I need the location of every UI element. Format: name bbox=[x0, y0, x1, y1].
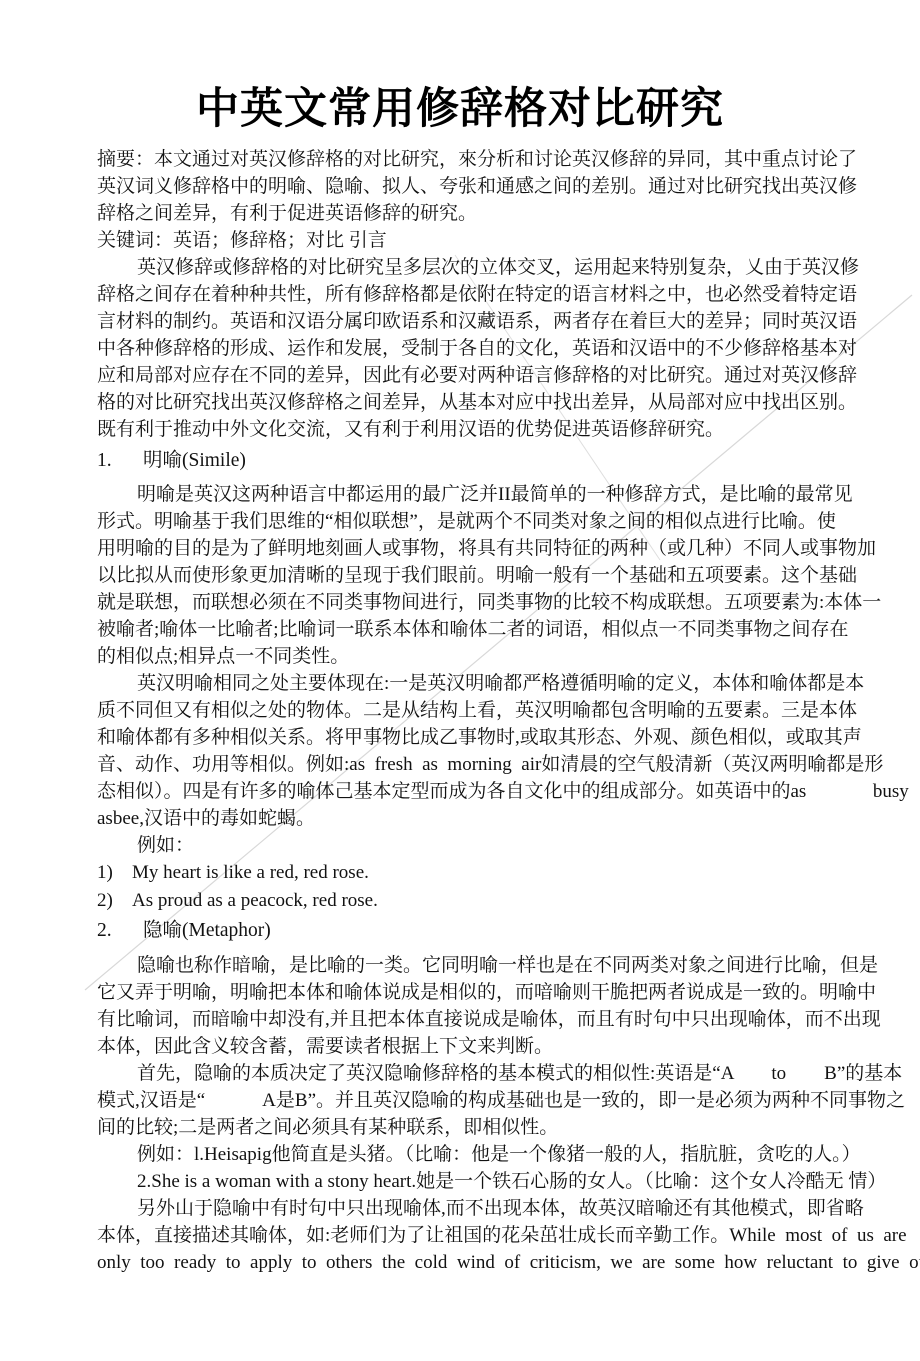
text-line: 间的比较;二是两者之间必须具有某种联系，即相似性。 bbox=[97, 1114, 823, 1141]
text-line: 首先，隐喻的本质决定了英汉隐喻修辞格的基本模式的相似性:英语是“A to B”的… bbox=[97, 1060, 823, 1087]
section-heading: 1.明喻(Simile) bbox=[97, 447, 823, 474]
text-line: 形式。明喻基于我们思维的“相似联想”，是就两个不同类对象之间的相似点进行比喻。使 bbox=[97, 508, 823, 535]
section-heading: 2.隐喻(Metaphor) bbox=[97, 917, 823, 944]
text-line: 它又弄于明喻，明喻把本体和喻体说成是相似的，而喑喻则干脆把两者说成是一致的。明喻… bbox=[97, 979, 823, 1006]
text-line: 明喻是英汉这两种语言中都运用的最广泛并II最简单的一种修辞方式，是比喻的最常见 bbox=[97, 481, 823, 508]
text-line: 例如：l.Heisapig他简直是头猪。（比喻：他是一个像猪一般的人，指肮脏，贪… bbox=[97, 1141, 823, 1168]
text-line: 言材料的制约。英语和汉语分属印欧语系和汉藏语系，两者存在着巨大的差异；同时英汉语 bbox=[97, 308, 823, 335]
text-line: 隐喻也称作暗喻，是比喻的一类。它同明喻一样也是在不同两类对象之间进行比喻，但是 bbox=[97, 952, 823, 979]
text-line: 例如： bbox=[97, 832, 823, 859]
text-line: 2.She is a woman with a stony heart.她是一个… bbox=[97, 1168, 823, 1195]
text-line: 本体，直接描述其喻体，如:老师们为了让祖国的花朵茁壮成长而辛勤工作。While … bbox=[97, 1222, 823, 1249]
section-number: 1. bbox=[97, 447, 143, 474]
text-line: 辞格之间差异，有利于促进英语修辞的研究。 bbox=[97, 200, 823, 227]
text-line: 的相似点;相异点一不同类性。 bbox=[97, 643, 823, 670]
doc-title: 中英文常用修辞格对比研究 bbox=[97, 84, 823, 134]
text-line: 辞格之间存在着种种共性，所有修辞格都是依附在特定的语言材料之中，也必然受着特定语 bbox=[97, 281, 823, 308]
list-item: 2)As proud as a peacock, red rose. bbox=[97, 887, 823, 915]
text-line: asbee,汉语中的毒如蛇蝎。 bbox=[97, 805, 823, 832]
text-line: 格的对比研究找出英汉修辞格之间差异，从基本对应中找出差异，从局部对应中找出区别。 bbox=[97, 389, 823, 416]
text-line: 应和局部对应存在不同的差异，因此有必要对两种语言修辞格的对比研究。通过对英汉修辞 bbox=[97, 362, 823, 389]
text-line: 就是联想，而联想必须在不同类事物间进行，同类事物的比较不构成联想。五项要素为:本… bbox=[97, 589, 823, 616]
section-number: 2. bbox=[97, 917, 143, 944]
text-line: 关键词：英语；修辞格；对比 引言 bbox=[97, 227, 823, 254]
text-line: 英汉词义修辞格中的明喻、隐喻、拟人、夸张和通感之间的差别。通过对比研究找出英汉修 bbox=[97, 173, 823, 200]
section-title: 明喻(Simile) bbox=[143, 450, 246, 471]
text-line: 用明喻的目的是为了鲜明地刻画人或事物，将具有共同特征的两种（或几种）不同人或事物… bbox=[97, 535, 823, 562]
text-line: 被喻者;喻体一比喻者;比喻词一联系本体和喻体二者的词语，相似点一不同类事物之间存… bbox=[97, 616, 823, 643]
text-line: 音、动作、功用等相似。例如:as fresh as morning air如清晨… bbox=[97, 751, 823, 778]
text-line: 另外山于隐喻中有时句中只出现喻体,而不出现本体，故英汉暗喻还有其他模式，即省略 bbox=[97, 1195, 823, 1222]
list-item-text: As proud as a peacock, red rose. bbox=[132, 890, 378, 911]
document-page: 中英文常用修辞格对比研究摘要：本文通过对英汉修辞格的对比研究，來分析和讨论英汉修… bbox=[0, 0, 920, 1361]
text-line: 英汉明喻相同之处主要体现在:一是英汉明喻都严格遵循明喻的定义，本体和喻体都是本 bbox=[97, 670, 823, 697]
text-line: 模式,汉语是“ A是B”。并且英汉隐喻的构成基础也是一致的，即一是必须为两种不同… bbox=[97, 1087, 823, 1114]
text-line: 有比喻词，而暗喻中却没有,并且把本体直接说成是喻体，而且有时句中只出现喻体，而不… bbox=[97, 1006, 823, 1033]
text-line: 态相似）。四是有许多的喻体己基本定型而成为各自文化中的组成部分。如英语中的as … bbox=[97, 778, 823, 805]
list-item-number: 2) bbox=[97, 887, 132, 915]
text-line: 本体，因此含义较含蓄，需要读者根据上下文来判断。 bbox=[97, 1033, 823, 1060]
text-line: 英汉修辞或修辞格的对比研究呈多层次的立体交叉，运用起来特别复杂，乂由于英汉修 bbox=[97, 254, 823, 281]
list-item: 1)My heart is like a red, red rose. bbox=[97, 859, 823, 887]
list-item-text: My heart is like a red, red rose. bbox=[132, 862, 369, 883]
section-title: 隐喻(Metaphor) bbox=[143, 920, 271, 941]
text-line: 以比拟从而使形象更加清晰的呈现于我们眼前。明喻一般有一个基础和五项要素。这个基础 bbox=[97, 562, 823, 589]
text-line: only too ready to apply to others the co… bbox=[97, 1249, 823, 1276]
text-line: 摘要：本文通过对英汉修辞格的对比研究，來分析和讨论英汉修辞的异同，其中重点讨论了 bbox=[97, 146, 823, 173]
text-line: 和喻体都有多种相似关系。将甲事物比成乙事物时,或取其形态、外观、颜色相似，或取其… bbox=[97, 724, 823, 751]
text-line: 既有利于推动中外文化交流，又有利于利用汉语的优势促进英语修辞研究。 bbox=[97, 416, 823, 443]
document-content: 中英文常用修辞格对比研究摘要：本文通过对英汉修辞格的对比研究，來分析和讨论英汉修… bbox=[97, 84, 823, 1276]
list-item-number: 1) bbox=[97, 859, 132, 887]
text-line: 中各种修辞格的形成、运作和发展，受制于各自的文化，英语和汉语中的不少修辞格基本对 bbox=[97, 335, 823, 362]
text-line: 质不同但又有相似之处的物体。二是从结构上看，英汉明喻都包含明喻的五要素。三是本体 bbox=[97, 697, 823, 724]
